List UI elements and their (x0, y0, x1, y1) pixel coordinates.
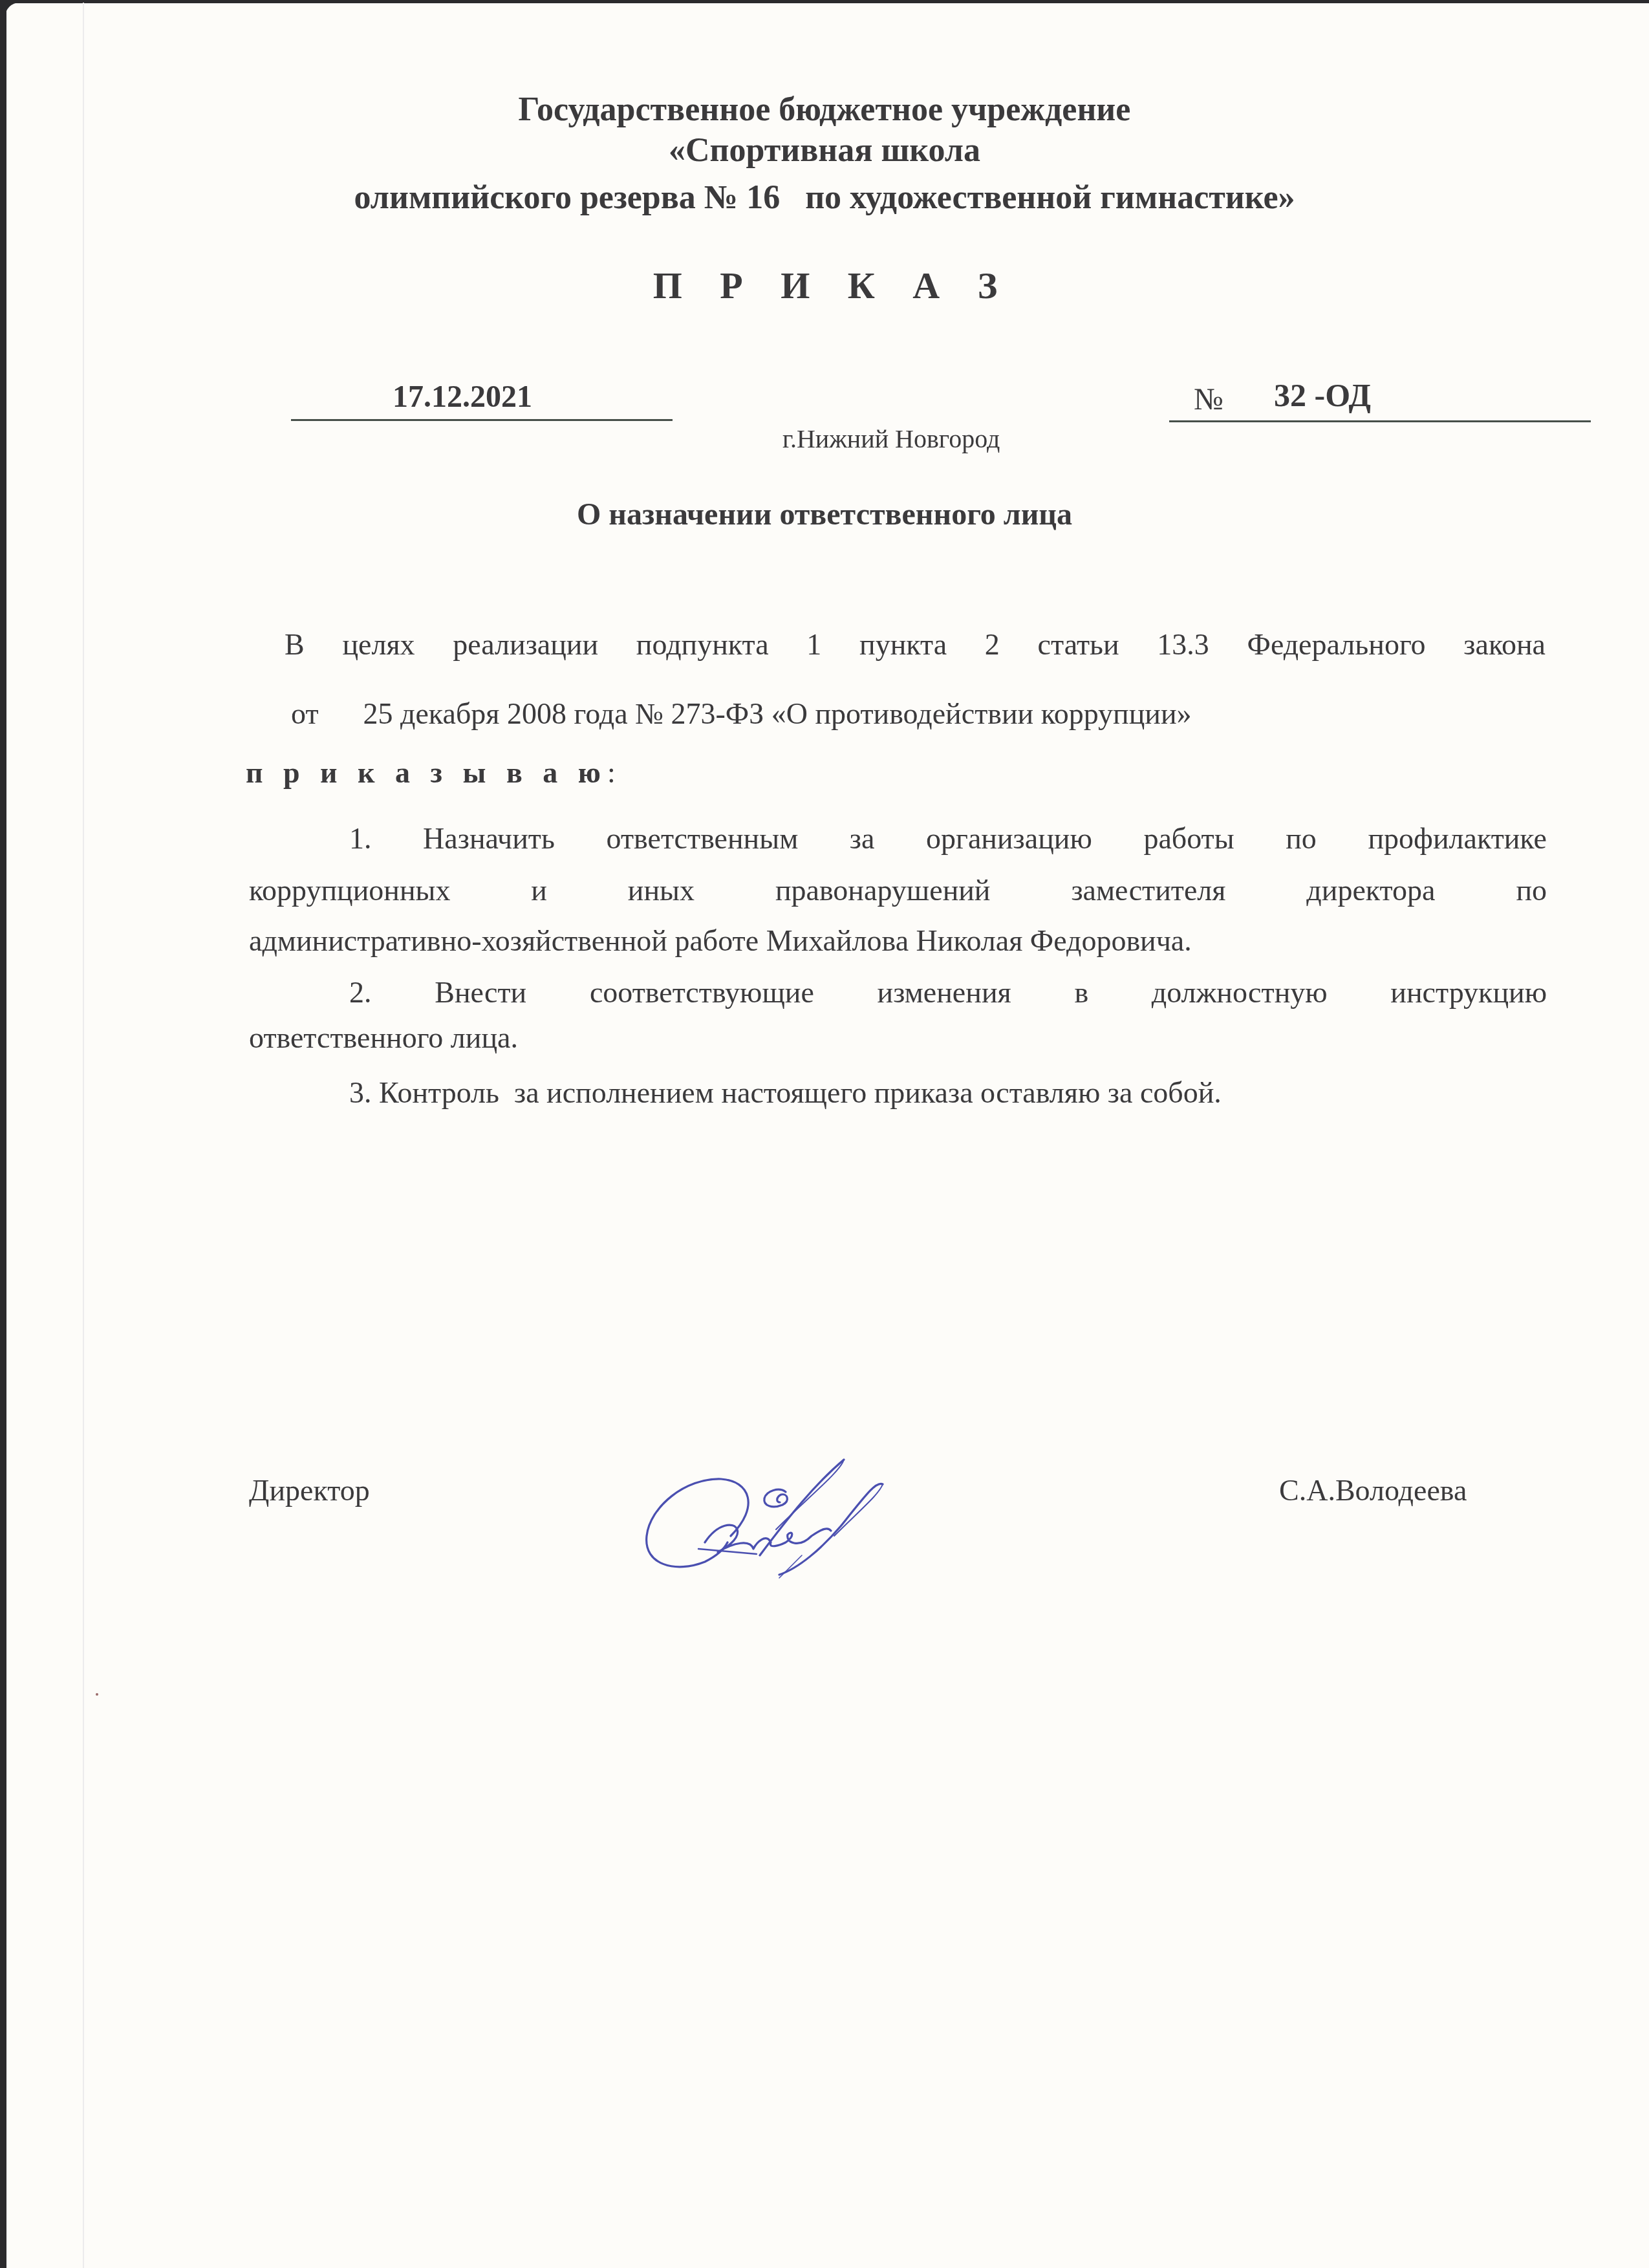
scan-corner (5, 3, 25, 22)
item-2-line-1: 2. Внести соответствующие изменения в до… (349, 975, 1547, 1010)
signatory-position: Директор (249, 1473, 370, 1507)
order-colon: : (607, 756, 616, 789)
order-number: 32 -ОД (1274, 376, 1371, 414)
item-2-line-2: ответственного лица. (249, 1021, 518, 1055)
city: г.Нижний Новгород (782, 424, 1000, 454)
page-edge (83, 3, 84, 2268)
preamble-line-1: В целях реализации подпункта 1 пункта 2 … (285, 627, 1546, 662)
order-date: 17.12.2021 (393, 380, 532, 414)
item-1-line-3: административно-хозяйственной работе Мих… (249, 923, 1192, 958)
order-word: п р и к а з ы в а ю: (246, 755, 616, 790)
date-field: 17.12.2021 (291, 375, 673, 421)
number-field: № 32 -ОД (1169, 375, 1591, 422)
order-word-text: п р и к а з ы в а ю (246, 756, 607, 789)
scan-speck (96, 1693, 98, 1696)
preamble-line-2: от 25 декабря 2008 года № 273-ФЗ «О прот… (291, 697, 1192, 731)
signatory-name: С.А.Володеева (1279, 1473, 1467, 1507)
org-name-line-3: олимпийского резерва № 16 по художествен… (0, 178, 1649, 217)
scan-border-left (0, 0, 6, 2268)
number-sign: № (1194, 382, 1223, 417)
org-name-line-2: «Спортивная школа (0, 131, 1649, 170)
item-1-line-1: 1. Назначить ответственным за организаци… (349, 821, 1547, 856)
handwritten-signature (621, 1445, 892, 1588)
order-title: О назначении ответственного лица (0, 497, 1649, 532)
item-1-line-2: коррупционных и иных правонарушений заме… (249, 873, 1547, 907)
document-type: П Р И К А З (8, 264, 1649, 307)
org-name-line-1: Государственное бюджетное учреждение (0, 91, 1649, 129)
scan-border-top (0, 0, 1649, 3)
item-3-line-1: 3. Контроль за исполнением настоящего пр… (349, 1075, 1222, 1110)
